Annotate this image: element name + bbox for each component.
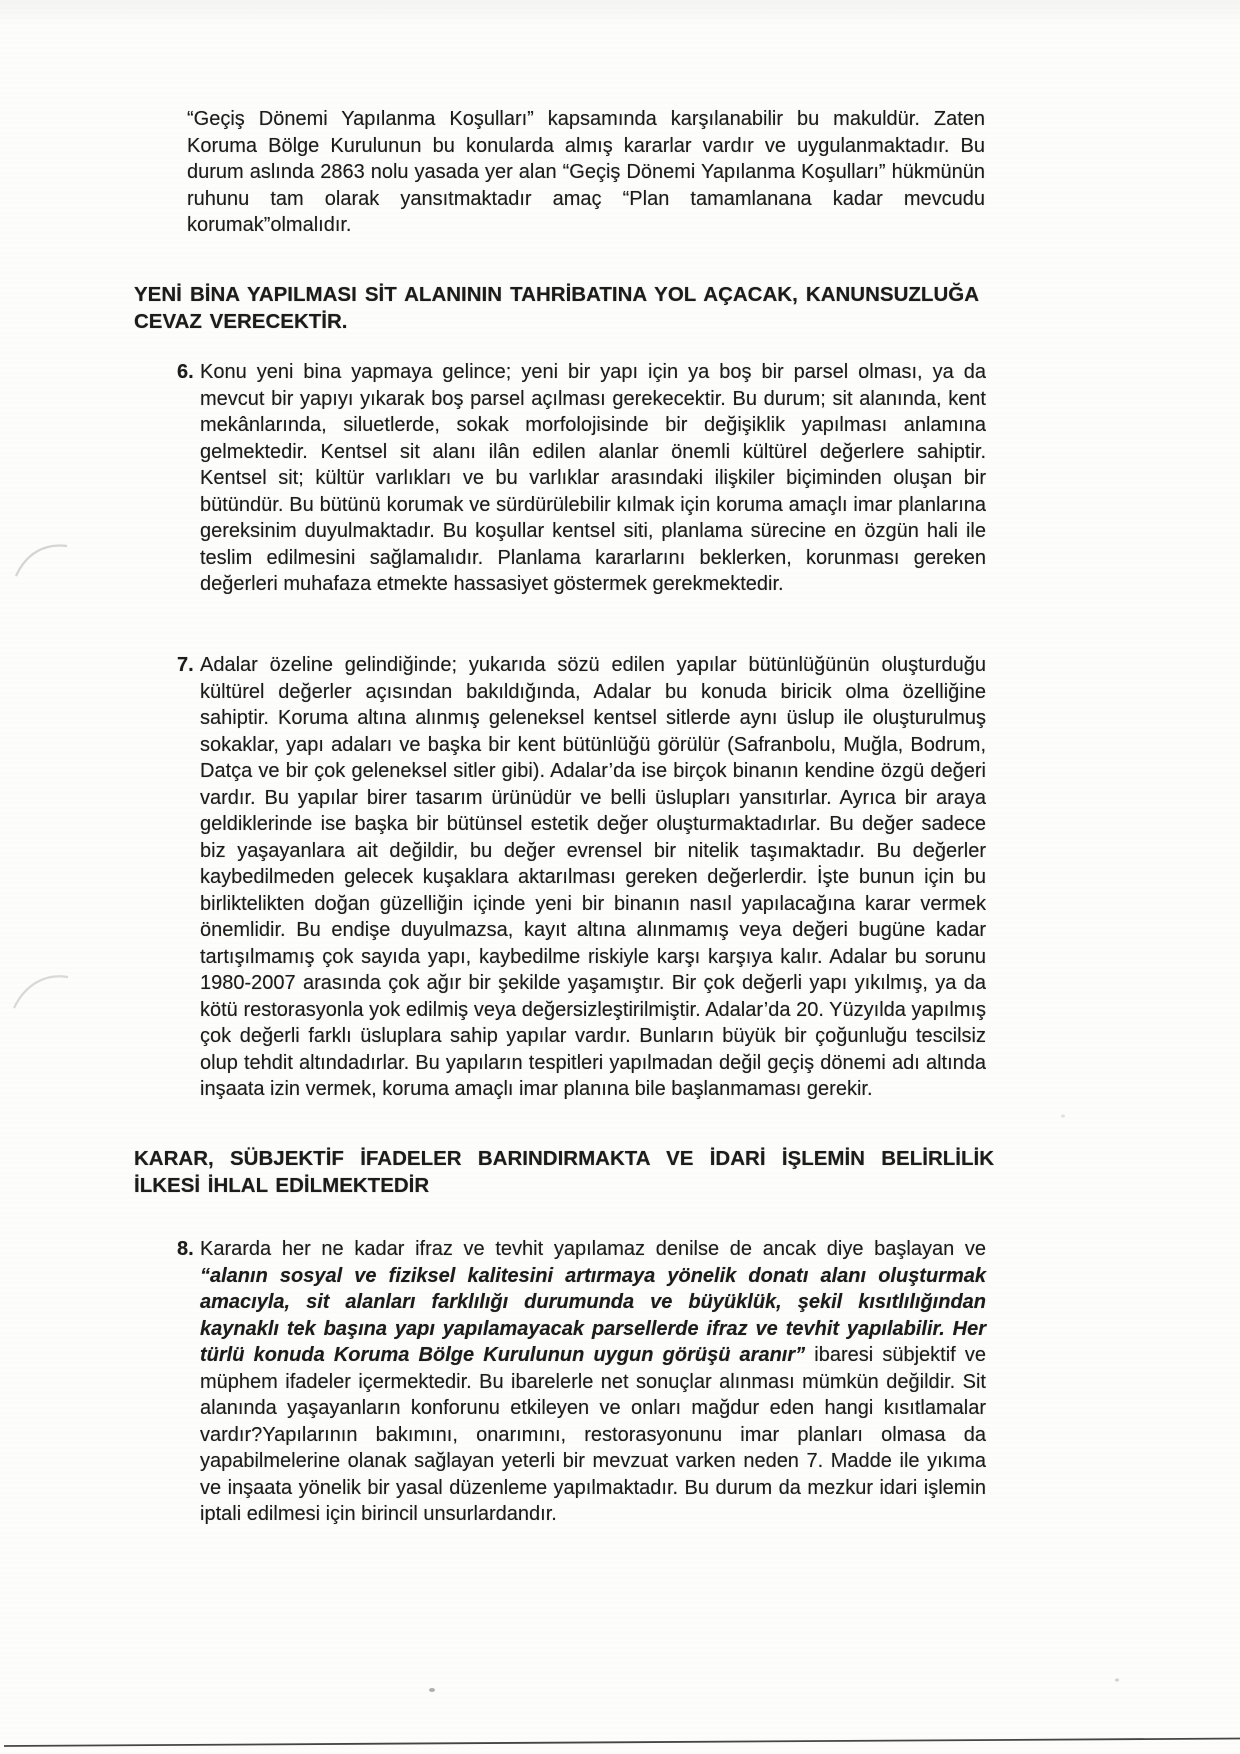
margin-smudge-mark-2 (14, 976, 68, 1008)
scan-speck-3 (1061, 1115, 1065, 1118)
numbered-item-8: 8. Kararda her ne kadar ifraz ve tevhit … (177, 1236, 986, 1528)
item-6-text: Konu yeni bina yapmaya gelince; yeni bir… (200, 359, 986, 598)
page-bottom-scan-edge (4, 1739, 1240, 1747)
item-8-tail-text: ibaresi sübjektif ve müphem ifadeler içe… (200, 1344, 986, 1525)
scan-speck-2 (1115, 1679, 1119, 1682)
numbered-item-6: 6. Konu yeni bina yapmaya gelince; yeni … (177, 359, 986, 598)
item-8-text: Kararda her ne kadar ifraz ve tevhit yap… (200, 1236, 986, 1528)
margin-smudge-mark-1 (16, 546, 67, 576)
numbered-item-7: 7. Adalar özeline gelindiğinde; yukarıda… (177, 652, 986, 1103)
intro-paragraph: “Geçiş Dönemi Yapılanma Koşulları” kapsa… (187, 106, 985, 239)
item-number-8: 8. (177, 1236, 194, 1263)
item-number-7: 7. (177, 652, 194, 679)
item-8-lead-text: Kararda her ne kadar ifraz ve tevhit yap… (200, 1238, 986, 1260)
section-heading-subjective-statements: KARAR, SÜBJEKTİF İFADELER BARINDIRMAKTA … (134, 1146, 994, 1199)
item-number-6: 6. (177, 359, 194, 386)
section-heading-new-building: YENİ BİNA YAPILMASI SİT ALANININ TAHRİBA… (134, 282, 979, 335)
item-7-text: Adalar özeline gelindiğinde; yukarıda sö… (200, 652, 986, 1103)
scanned-document-page: “Geçiş Dönemi Yapılanma Koşulları” kapsa… (0, 0, 1240, 1754)
scan-speck-1 (429, 1688, 435, 1692)
